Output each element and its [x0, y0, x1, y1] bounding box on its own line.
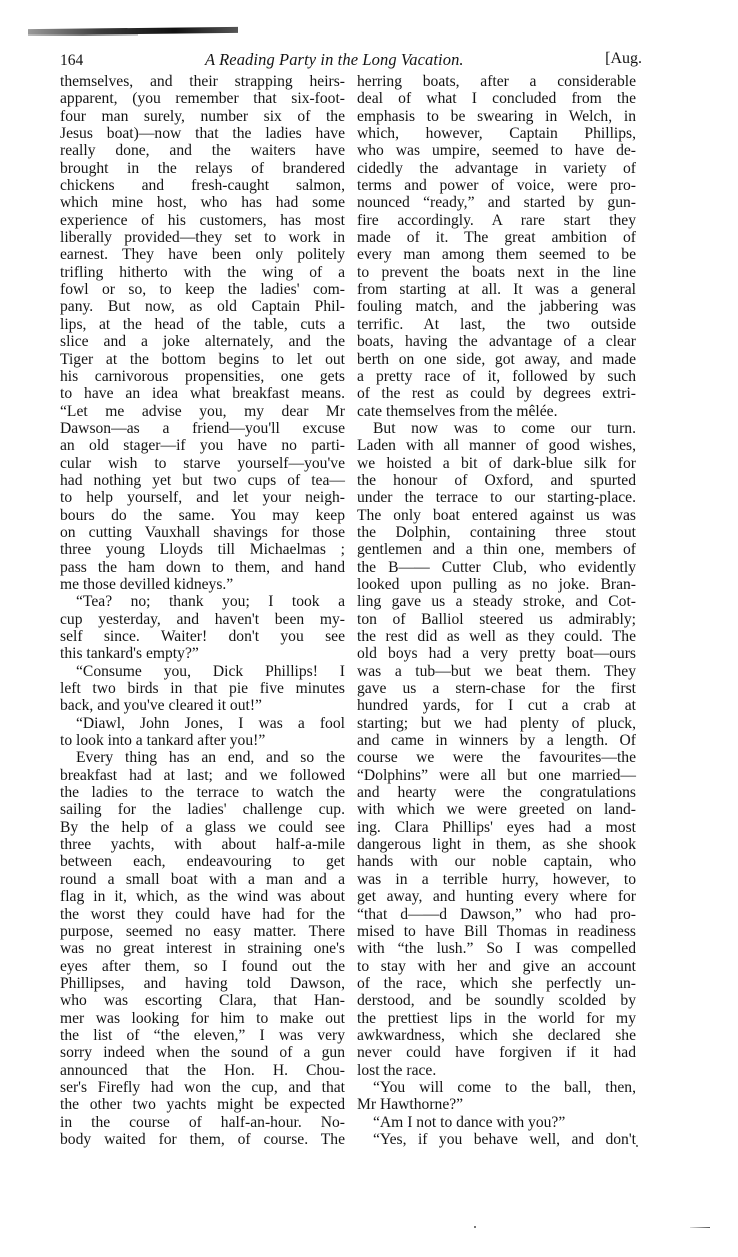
text-line: “Tea? no; thank you; I took a — [60, 593, 345, 610]
text-line: course we were the favourites—the — [357, 749, 636, 766]
text-line: this tankard's empty?” — [60, 645, 345, 662]
text-line: derstood, and be soundly scolded by — [357, 992, 636, 1009]
text-line: really done, and the waiters have — [60, 142, 345, 159]
text-line: had nothing yet but two cups of tea— — [60, 472, 345, 489]
text-line: me those devilled kidneys.” — [60, 576, 345, 593]
text-line: four man surely, number six of the — [60, 108, 345, 125]
text-line: round a small boat with a man and a — [60, 871, 345, 888]
text-line: hands with our noble captain, who — [357, 853, 636, 870]
text-line: was a tub—but we beat them. They — [357, 663, 636, 680]
text-line: hundred yards, for I cut a crab at — [357, 697, 636, 714]
text-line: ling gave us a steady stroke, and Cot- — [357, 593, 636, 610]
text-line: in the course of half-an-hour. No- — [60, 1114, 345, 1131]
text-line: Tiger at the bottom begins to let out — [60, 351, 345, 368]
text-line: gave us a stern-chase for the first — [357, 680, 636, 697]
text-line: chickens and fresh-caught salmon, — [60, 177, 345, 194]
text-line: which mine host, who has had some — [60, 194, 345, 211]
text-line: earnest. They have been only politely — [60, 246, 345, 263]
text-line: self since. Waiter! don't you see — [60, 628, 345, 645]
text-line: flag in it, which, as the wind was about — [60, 888, 345, 905]
right-text-column: herring boats, after a considerabledeal … — [357, 73, 636, 1148]
text-line: “Consume you, Dick Phillips! I — [60, 663, 345, 680]
text-line: fowl or so, to keep the ladies' com- — [60, 281, 345, 298]
text-line: was in a terrible hurry, however, to — [357, 871, 636, 888]
text-line: eyes after them, so I found out the — [60, 958, 345, 975]
text-line: made of it. The great ambition of — [357, 229, 636, 246]
text-line: starting; but we had plenty of pluck, — [357, 715, 636, 732]
text-line: with which we were greeted on land- — [357, 801, 636, 818]
text-line: mised to have Bill Thomas in readiness — [357, 923, 636, 940]
text-line: boats, having the advantage of a clear — [357, 333, 636, 350]
text-line: the other two yachts might be expected — [60, 1096, 345, 1113]
text-line: who was umpire, seemed to have de- — [357, 142, 636, 159]
text-line: of the race, which she perfectly un- — [357, 975, 636, 992]
text-line: to have an idea what breakfast means. — [60, 385, 345, 402]
text-line: to help yourself, and let your neigh- — [60, 489, 345, 506]
text-line: a pretty race of it, followed by such — [357, 368, 636, 385]
text-line: with “the lush.” So I was compelled — [357, 940, 636, 957]
text-line: under the terrace to our starting-place. — [357, 489, 636, 506]
text-line: mer was looking for him to make out — [60, 1010, 345, 1027]
text-line: deal of what I concluded from the — [357, 90, 636, 107]
text-line: the rest did as well as they could. The — [357, 628, 636, 645]
text-line: themselves, and their strapping heirs- — [60, 73, 345, 90]
text-line: announced that the Hon. H. Chou- — [60, 1062, 345, 1079]
text-line: the B—— Cutter Club, who evidently — [357, 559, 636, 576]
text-line: every man among them seemed to be — [357, 246, 636, 263]
text-line: to stay with her and give an account — [357, 958, 636, 975]
text-line: from starting at all. It was a general — [357, 281, 636, 298]
text-line: three young Lloyds till Michaelmas ; — [60, 541, 345, 558]
text-line: emphasis to be swearing in Welch, in — [357, 108, 636, 125]
text-line: the Dolphin, containing three stout — [357, 524, 636, 541]
text-line: awkwardness, which she declared she — [357, 1027, 636, 1044]
text-line: cular wish to starve yourself—you've — [60, 455, 345, 472]
text-line: pass the ham down to them, and hand — [60, 559, 345, 576]
text-line: dangerous light in them, as she shook — [357, 836, 636, 853]
text-line: “Let me advise you, my dear Mr — [60, 403, 345, 420]
text-line: the ladies to the terrace to watch the — [60, 784, 345, 801]
text-line: By the help of a glass we could see — [60, 819, 345, 836]
text-line: the prettiest lips in the world for my — [357, 1010, 636, 1027]
text-line: “Am I not to dance with you?” — [357, 1114, 636, 1131]
text-line: bours do the same. You may keep — [60, 507, 345, 524]
running-month: [Aug. — [605, 50, 642, 68]
text-line: and came in winners by a length. Of — [357, 732, 636, 749]
text-line: liberally provided—they set to work in — [60, 229, 345, 246]
scan-edge-rule-thin — [28, 34, 138, 36]
text-line: looked upon pulling as no joke. Bran- — [357, 576, 636, 593]
text-line: terms and power of voice, were pro- — [357, 177, 636, 194]
running-title: A Reading Party in the Long Vacation. — [205, 50, 464, 70]
text-line: never could have forgiven if it had — [357, 1044, 636, 1061]
text-line: cate themselves from the mêlée. — [357, 403, 636, 420]
text-line: slice and a joke alternately, and the — [60, 333, 345, 350]
text-line: ser's Firefly had won the cup, and that — [60, 1079, 345, 1096]
text-line: ing. Clara Phillips' eyes had a most — [357, 819, 636, 836]
text-line: The only boat entered against us was — [357, 507, 636, 524]
text-line: back, and you've cleared it out!” — [60, 697, 345, 714]
text-line: terrific. At last, the two outside — [357, 316, 636, 333]
text-line: “that d——d Dawson,” who had pro- — [357, 906, 636, 923]
text-line: we hoisted a bit of dark-blue silk for — [357, 455, 636, 472]
text-line: get away, and hunting every where for — [357, 888, 636, 905]
text-line: berth on one side, got away, and made — [357, 351, 636, 368]
text-line: who was escorting Clara, that Han- — [60, 992, 345, 1009]
text-line: the honour of Oxford, and spurted — [357, 472, 636, 489]
text-line: “Dolphins” were all but one married— — [357, 767, 636, 784]
text-line: of the rest as could by degrees extri- — [357, 385, 636, 402]
text-line: brought in the relays of brandered — [60, 160, 345, 177]
text-line: to prevent the boats next in the line — [357, 264, 636, 281]
left-text-column: themselves, and their strapping heirs-ap… — [60, 73, 345, 1148]
text-line: Laden with all manner of good wishes, — [357, 437, 636, 454]
text-line: on cutting Vauxhall shavings for those — [60, 524, 345, 541]
text-line: “Yes, if you behave well, and don't — [357, 1131, 636, 1148]
text-line: apparent, (you remember that six-foot- — [60, 90, 345, 107]
text-line: to look into a tankard after you!” — [60, 732, 345, 749]
text-line: pany. But now, as old Captain Phil- — [60, 298, 345, 315]
text-line: Every thing has an end, and so the — [60, 749, 345, 766]
text-line: fire accordingly. A rare start they — [357, 212, 636, 229]
text-line: the worst they could have had for the — [60, 906, 345, 923]
text-line: herring boats, after a considerable — [357, 73, 636, 90]
text-line: left two birds in that pie five minutes — [60, 680, 345, 697]
text-line: sailing for the ladies' challenge cup. — [60, 801, 345, 818]
text-line: was no great interest in straining one's — [60, 940, 345, 957]
text-line: “Diawl, John Jones, I was a fool — [60, 715, 345, 732]
page-number: 164 — [60, 52, 83, 70]
text-line: his carnivorous propensities, one gets — [60, 368, 345, 385]
text-line: But now was to come our turn. — [357, 420, 636, 437]
text-line: fouling match, and the jabbering was — [357, 298, 636, 315]
scan-edge-mark — [690, 1227, 710, 1228]
text-line: Dawson—as a friend—you'll excuse — [60, 420, 345, 437]
scan-speck — [636, 1145, 638, 1147]
scan-speck — [474, 1226, 476, 1228]
text-line: nounced “ready,” and started by gun- — [357, 194, 636, 211]
text-line: an old stager—if you have no parti- — [60, 437, 345, 454]
text-line: lost the race. — [357, 1062, 636, 1079]
text-line: purpose, seemed no easy matter. There — [60, 923, 345, 940]
text-line: and hearty were the congratulations — [357, 784, 636, 801]
page-header: 164 A Reading Party in the Long Vacation… — [60, 50, 642, 70]
text-line: between each, endeavouring to get — [60, 853, 345, 870]
text-line: breakfast had at last; and we followed — [60, 767, 345, 784]
text-line: cidedly the advantage in variety of — [357, 160, 636, 177]
text-line: Jesus boat)—now that the ladies have — [60, 125, 345, 142]
text-line: old boys had a very pretty boat—ours — [357, 645, 636, 662]
text-line: which, however, Captain Phillips, — [357, 125, 636, 142]
text-line: gentlemen and a thin one, members of — [357, 541, 636, 558]
text-line: trifling hitherto with the wing of a — [60, 264, 345, 281]
text-line: “You will come to the ball, then, — [357, 1079, 636, 1096]
text-line: the list of “the eleven,” I was very — [60, 1027, 345, 1044]
text-line: sorry indeed when the sound of a gun — [60, 1044, 345, 1061]
text-line: Mr Hawthorne?” — [357, 1096, 636, 1113]
text-line: Phillipses, and having told Dawson, — [60, 975, 345, 992]
text-line: lips, at the head of the table, cuts a — [60, 316, 345, 333]
text-line: body waited for them, of course. The — [60, 1131, 345, 1148]
text-line: three yachts, with about half-a-mile — [60, 836, 345, 853]
text-line: ton of Balliol steered us admirably; — [357, 611, 636, 628]
text-line: cup yesterday, and haven't been my- — [60, 611, 345, 628]
text-line: experience of his customers, has most — [60, 212, 345, 229]
